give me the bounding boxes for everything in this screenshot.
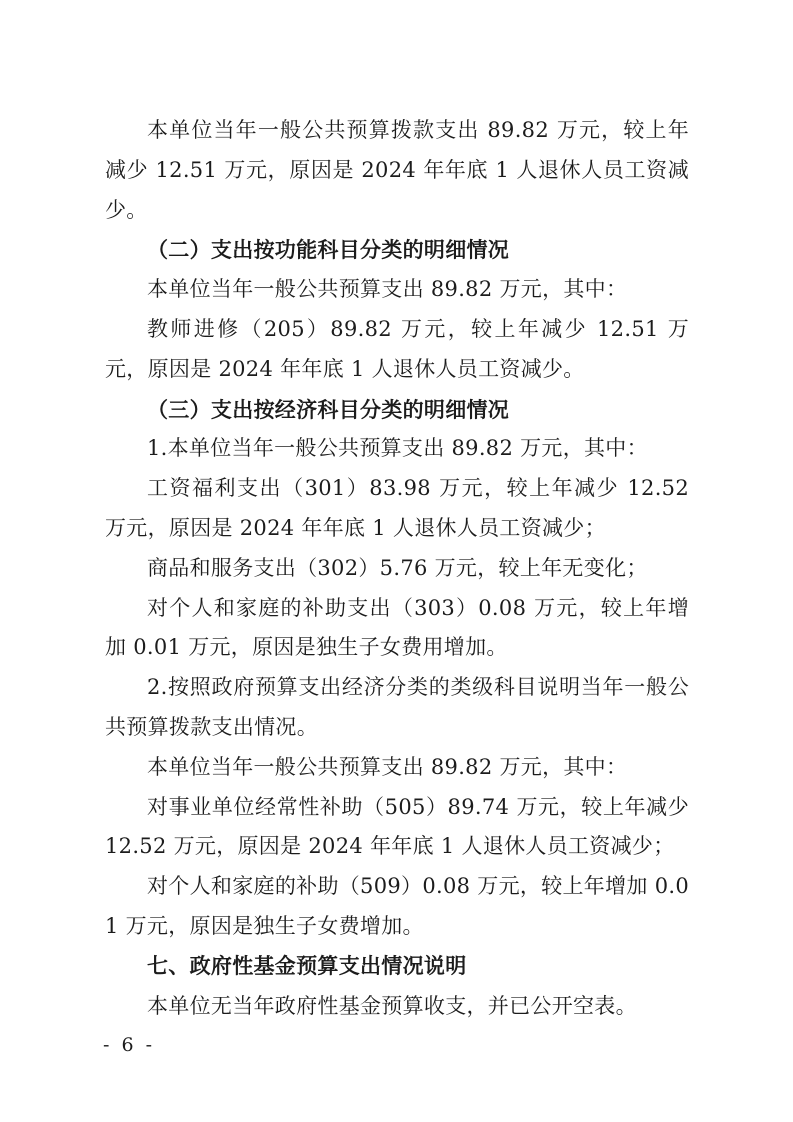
section-heading: 七、政府性基金预算支出情况说明 <box>105 947 689 987</box>
paragraph: 本单位无当年政府性基金预算收支，并已公开空表。 <box>105 987 689 1027</box>
paragraph: 教师进修（205）89.82 万元，较上年减少 12.51 万元，原因是 202… <box>105 310 689 390</box>
paragraph: 2.按照政府预算支出经济分类的类级科目说明当年一般公共预算拨款支出情况。 <box>105 668 689 748</box>
paragraph: 本单位当年一般公共预算支出 89.82 万元，其中： <box>105 748 689 788</box>
paragraph: 对个人和家庭的补助（509）0.08 万元，较上年增加 0.01 万元，原因是独… <box>105 867 689 947</box>
paragraph: 本单位当年一般公共预算支出 89.82 万元，其中： <box>105 270 689 310</box>
page-number: - 6 - <box>103 1034 155 1056</box>
paragraph: 对个人和家庭的补助支出（303）0.08 万元，较上年增加 0.01 万元，原因… <box>105 589 689 669</box>
paragraph: 对事业单位经常性补助（505）89.74 万元，较上年减少 12.52 万元，原… <box>105 788 689 868</box>
paragraph: 1.本单位当年一般公共预算支出 89.82 万元，其中： <box>105 429 689 469</box>
section-heading: （二）支出按功能科目分类的明细情况 <box>105 230 689 270</box>
document-body: 本单位当年一般公共预算拨款支出 89.82 万元，较上年减少 12.51 万元，… <box>105 111 689 1026</box>
paragraph: 工资福利支出（301）83.98 万元，较上年减少 12.52 万元，原因是 2… <box>105 469 689 549</box>
paragraph: 商品和服务支出（302）5.76 万元，较上年无变化； <box>105 549 689 589</box>
document-page: 本单位当年一般公共预算拨款支出 89.82 万元，较上年减少 12.51 万元，… <box>0 0 793 1122</box>
paragraph: 本单位当年一般公共预算拨款支出 89.82 万元，较上年减少 12.51 万元，… <box>105 111 689 230</box>
section-heading: （三）支出按经济科目分类的明细情况 <box>105 390 689 430</box>
